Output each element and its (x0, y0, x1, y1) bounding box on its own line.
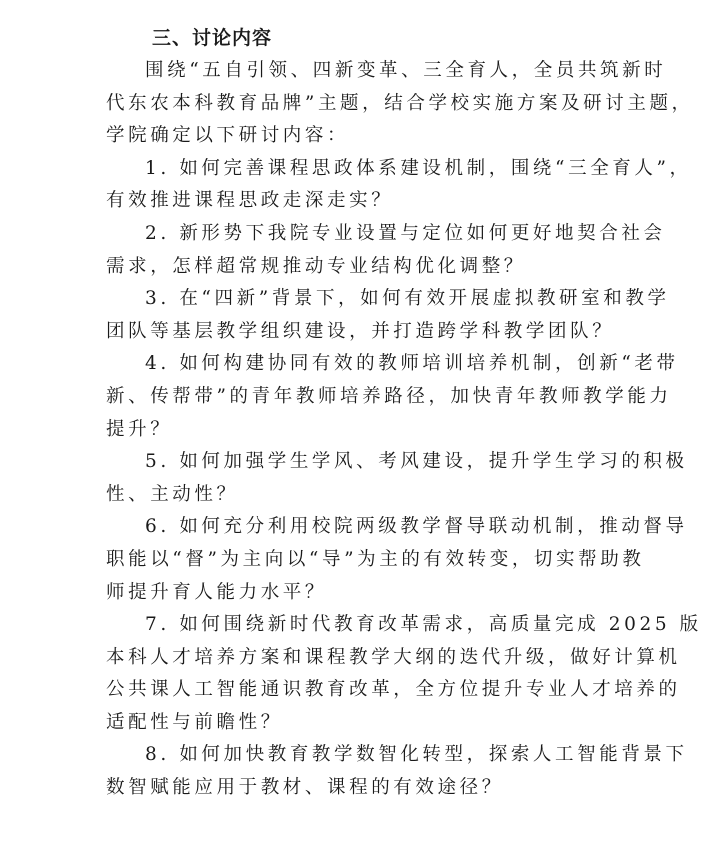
document-page: 三、讨论内容 围绕“五自引领、四新变革、三全育人，全员共筑新时 代东农本科教育品… (106, 22, 606, 805)
text-line: 提升？ (106, 414, 606, 447)
list-item-1: 1. 如何完善课程思政体系建设机制，围绕“三全育人”， 有效推进课程思政走深走实… (106, 153, 606, 218)
list-item-5: 5. 如何加强学生学风、考风建设，提升学生学习的积极 性、主动性？ (106, 446, 606, 511)
text-line: 7. 如何围绕新时代教育改革需求，高质量完成 2025 版 (106, 609, 606, 642)
list-item-3: 3. 在“四新”背景下，如何有效开展虚拟教研室和教学 团队等基层教学组织建设，并… (106, 283, 606, 348)
text-line: 有效推进课程思政走深走实？ (106, 185, 606, 218)
text-line: 6. 如何充分利用校院两级教学督导联动机制，推动督导 (106, 511, 606, 544)
intro-paragraph: 围绕“五自引领、四新变革、三全育人，全员共筑新时 代东农本科教育品牌”主题，结合… (106, 55, 606, 153)
list-item-8: 8. 如何加快教育教学数智化转型，探索人工智能背景下 数智赋能应用于教材、课程的… (106, 739, 606, 804)
text-line: 4. 如何构建协同有效的教师培训培养机制，创新“老带 (106, 348, 606, 381)
text-line: 3. 在“四新”背景下，如何有效开展虚拟教研室和教学 (106, 283, 606, 316)
text-line: 围绕“五自引领、四新变革、三全育人，全员共筑新时 (106, 55, 606, 88)
text-line: 需求，怎样超常规推动专业结构优化调整？ (106, 251, 606, 284)
text-line: 1. 如何完善课程思政体系建设机制，围绕“三全育人”， (106, 153, 606, 186)
list-item-4: 4. 如何构建协同有效的教师培训培养机制，创新“老带 新、传帮带”的青年教师培养… (106, 348, 606, 446)
text-line: 公共课人工智能通识教育改革，全方位提升专业人才培养的 (106, 674, 606, 707)
text-line: 师提升育人能力水平？ (106, 577, 606, 610)
text-line: 5. 如何加强学生学风、考风建设，提升学生学习的积极 (106, 446, 606, 479)
list-item-2: 2. 新形势下我院专业设置与定位如何更好地契合社会 需求，怎样超常规推动专业结构… (106, 218, 606, 283)
text-line: 数智赋能应用于教材、课程的有效途径？ (106, 772, 606, 805)
text-line: 代东农本科教育品牌”主题，结合学校实施方案及研讨主题， (106, 88, 606, 121)
text-line: 2. 新形势下我院专业设置与定位如何更好地契合社会 (106, 218, 606, 251)
text-line: 团队等基层教学组织建设，并打造跨学科教学团队？ (106, 316, 606, 349)
text-line: 适配性与前瞻性？ (106, 707, 606, 740)
text-line: 性、主动性？ (106, 479, 606, 512)
text-line: 学院确定以下研讨内容： (106, 120, 606, 153)
text-line: 新、传帮带”的青年教师培养路径，加快青年教师教学能力 (106, 381, 606, 414)
text-line: 职能以“督”为主向以“导”为主的有效转变，切实帮助教 (106, 544, 606, 577)
list-item-7: 7. 如何围绕新时代教育改革需求，高质量完成 2025 版 本科人才培养方案和课… (106, 609, 606, 739)
text-line: 本科人才培养方案和课程教学大纲的迭代升级，做好计算机 (106, 642, 606, 675)
section-heading: 三、讨论内容 (106, 22, 606, 55)
text-line: 8. 如何加快教育教学数智化转型，探索人工智能背景下 (106, 739, 606, 772)
list-item-6: 6. 如何充分利用校院两级教学督导联动机制，推动督导 职能以“督”为主向以“导”… (106, 511, 606, 609)
